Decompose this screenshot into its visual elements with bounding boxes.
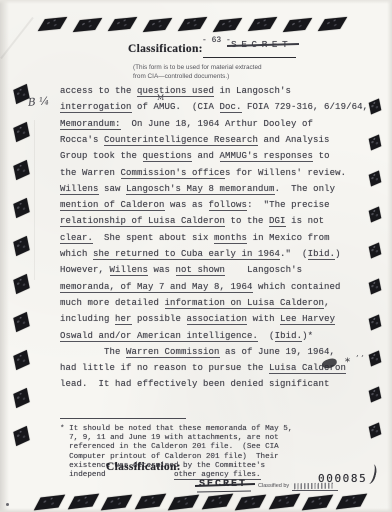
text-line: Computer printout of Calderon 201 file) … [60,453,279,461]
pen-squiggle [364,463,379,485]
security-stamp-icon [13,350,29,370]
text-line: interrogation of AMUG. (CIA Doc. FOIA 72… [60,102,368,112]
security-stamp-icon [108,17,138,31]
classified-by-label: Classified by [258,482,289,491]
text-line: Oswald and/or American intelligence. (Ib… [60,331,313,341]
text-line: clear. She spent about six months in Mex… [60,233,330,243]
security-stamp-icon [283,18,313,32]
text-line: access to the questions used in Langosch… [60,86,291,96]
security-stamp-icon [13,236,29,256]
text-line: which she returned to Cuba early in 1964… [60,249,341,259]
security-stamp-icon [248,17,278,31]
text-line: Group took the questions and AMMUG's res… [60,151,330,161]
text-line: the Warren Commission's offices for Will… [60,168,346,178]
security-stamp-icon [38,17,68,31]
security-stamp-icon [73,18,103,32]
handwritten-margin-mark: B ¼ [28,95,50,109]
text-line: mention of Calderon was as follows: "The… [60,200,330,210]
footnote-separator [60,418,186,419]
scan-edge-bottom [0,508,392,512]
security-stamp-icon [143,18,173,32]
form-note-line: (This form is to be used for material ex… [133,63,262,72]
security-stamp-icon [318,17,348,31]
ink-speck [6,503,9,506]
security-stamp-icon [13,198,29,218]
handwritten-asterisk: * [345,357,350,368]
text-line: including her possible association with … [60,314,335,324]
classified-by-line [292,490,338,491]
security-stamp-icon [13,426,29,446]
text-line: lead. It had effectively been denied sig… [60,379,330,389]
scan-edge-left [0,0,9,512]
text-line: * It should be noted that these memorand… [60,425,292,433]
security-stamp-icon [335,494,366,510]
security-stamp-icon [13,388,29,408]
security-stamp-icon [13,122,29,142]
text-line: However, Willens was not shown Langosch'… [60,265,302,275]
security-stamp-icon [201,494,232,510]
security-stamp-icon [13,274,29,294]
scan-edge-top [0,0,392,4]
security-stamp-icon [178,17,208,31]
handwritten-tick-marks: ’ ’ [356,354,364,363]
classification-label: Classification: [128,43,203,55]
text-line: memoranda, of May 7 and May 8, 1964 whic… [60,282,341,292]
security-stamp-icon [369,422,382,438]
text-line: Memorandum: On June 18, 1964 Arthur Dool… [60,119,313,129]
text-line: much more detailed information on Luisa … [60,298,330,308]
text-line: referenced in the Calderon 201 file. (Se… [60,443,279,451]
secret-stamp-struck: SECRET [231,39,292,50]
scanned-document-page: - 63 - SECRET Classification: (This form… [0,0,392,512]
text-line: 7, 9, 11 and June 19 with attachments, a… [60,434,279,442]
security-stamp-icon [268,494,299,510]
security-stamp-icon [67,494,98,510]
text-line: relationship of Luisa Calderon to the DG… [60,216,324,226]
text-line: had little if no reason to pursue the Lu… [60,363,346,373]
form-note-line: from CIA—controlled documents.) [133,72,262,81]
security-stamp-icon [13,160,29,180]
security-stamp-icon [13,312,29,332]
security-stamp-icon [213,18,243,32]
text-line: The Warren Commission as of June 19, 196… [60,347,335,357]
paper-crease [34,120,35,280]
text-line: Rocca's Counterintelligence Research and… [60,135,330,145]
secret-stamp-struck-bottom: SECRET [199,479,247,490]
security-stamp-icon [134,494,165,510]
handwritten-scribble [292,483,334,490]
text-line: Willens saw Langosch's May 8 memorandum.… [60,184,335,194]
scan-edge-right [387,0,392,512]
page-number: - 63 - [202,36,231,45]
classification-label-bottom: Classification: [106,461,181,473]
classification-underline [203,57,296,58]
